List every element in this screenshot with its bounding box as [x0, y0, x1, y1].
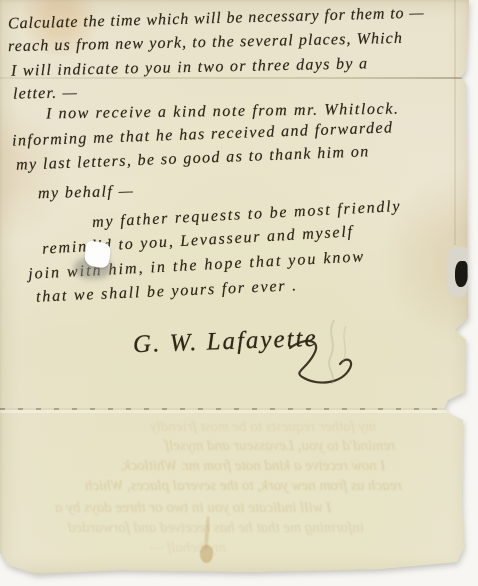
letter-line: that we shall be yours for ever .	[36, 277, 299, 306]
letter-paper-wrapper: Calculate the time which will be necessa…	[0, 0, 478, 586]
pencil-smudge	[296, 318, 356, 388]
bleedthrough-line: my father requests to be most friendly	[150, 419, 376, 436]
bleedthrough-line: I now receive a kind note from mr. Whitl…	[120, 458, 386, 475]
scanned-letter-page: { "document": { "type": "handwritten let…	[0, 0, 478, 586]
letter-paper: Calculate the time which will be necessa…	[0, 0, 469, 574]
fold-crease-highlight	[0, 410, 469, 413]
bleedthrough-line: reach us from new york, to the several p…	[85, 478, 402, 495]
letter-line: Calculate the time which will be necessa…	[8, 5, 425, 34]
letter-line: my father requests to be most friendly	[92, 198, 402, 232]
bleedthrough-line: I will indicate to you in two or three d…	[55, 500, 332, 517]
letter-line: reach us from new york, to the several p…	[8, 30, 403, 56]
vertical-crease	[454, 0, 456, 245]
bleedthrough-line: informing me that he has received and fo…	[68, 520, 364, 537]
stain-drop	[200, 545, 213, 563]
paper-hole	[83, 240, 111, 268]
edge-tear-hole	[455, 261, 468, 287]
letter-line: I will indicate to you in two or three d…	[11, 55, 369, 80]
fold-crease	[0, 408, 469, 410]
letter-line: letter. —	[13, 84, 78, 103]
bleedthrough-line: remind'd to you, Levasseur and myself	[165, 438, 395, 455]
letter-line: my behalf —	[38, 183, 135, 204]
bleedthrough-line: my behalf —	[150, 540, 226, 557]
